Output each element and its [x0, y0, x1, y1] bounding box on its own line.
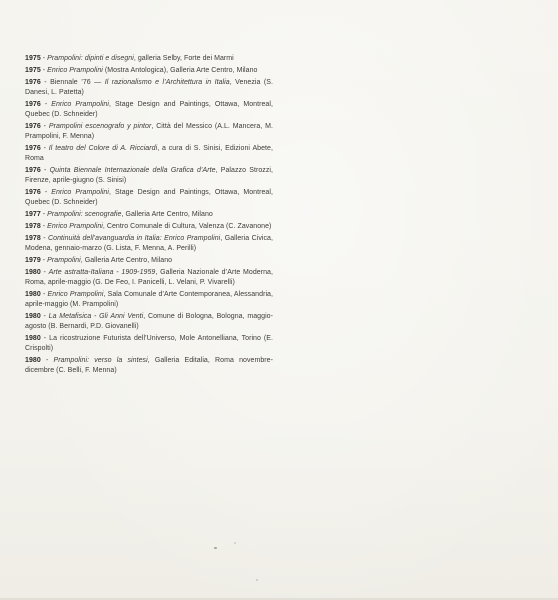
entry-year: 1976: [25, 167, 41, 174]
entry-year: 1979: [25, 257, 41, 264]
bibliography-entry: 1975 - Prampolini: dipinti e disegni, ga…: [25, 54, 273, 64]
entry-text: Continuità dell’avanguardia in Italia: E…: [25, 235, 273, 252]
entry-separator: -: [41, 235, 48, 242]
entry-separator: -: [41, 101, 51, 108]
bibliography-entry: 1978 - Continuità dell’avanguardia in It…: [25, 234, 273, 254]
entry-segment-roman: Biennale ’76 —: [50, 79, 105, 86]
bibliography-entry: 1980 - Prampolini: verso la sintesi, Gal…: [25, 356, 273, 376]
entry-segment-italic: Prampolini: scenografie: [47, 211, 121, 218]
scanned-page: 1975 - Prampolini: dipinti e disegni, ga…: [0, 0, 558, 600]
entry-text: La Metafisica - Gli Anni Venti, Comune d…: [25, 313, 273, 330]
scan-speck: [234, 542, 236, 544]
entry-segment-italic: Prampolini escenografo y pintor: [49, 123, 152, 130]
entry-text: Biennale ’76 — Il razionalismo e l’Archi…: [25, 79, 273, 96]
entry-separator: -: [41, 167, 50, 174]
entry-segment-italic: Enrico Prampolini: [47, 67, 103, 74]
entry-year: 1977: [25, 211, 41, 218]
entry-text: Enrico Prampolini, Stage Design and Pain…: [25, 101, 273, 118]
bibliography-entry: 1979 - Prampolini, Galleria Arte Centro,…: [25, 256, 273, 266]
bibliography-entry: 1976 - Enrico Prampolini, Stage Design a…: [25, 188, 273, 208]
entry-year: 1976: [25, 123, 41, 130]
entry-segment-italic: Enrico Prampolini: [47, 223, 103, 230]
entry-separator: -: [41, 123, 49, 130]
entry-segment-italic: Prampolini: verso la sintesi: [54, 357, 148, 364]
bibliography-entry: 1980 - Enrico Prampolini, Sala Comunale …: [25, 290, 273, 310]
bibliography-entry: 1976 - Quinta Biennale Internazionale de…: [25, 166, 273, 186]
entry-separator: -: [41, 189, 51, 196]
bibliography-entry: 1976 - Il teatro del Colore di A. Riccia…: [25, 144, 273, 164]
entry-separator: -: [41, 79, 50, 86]
entry-text: Prampolini: dipinti e disegni, galleria …: [47, 55, 234, 62]
entry-text: Arte astratta-Italiana - 1909-1959, Gall…: [25, 269, 273, 286]
entry-year: 1978: [25, 235, 41, 242]
entry-text: Prampolini: verso la sintesi, Galleria E…: [25, 357, 273, 374]
entry-text: Enrico Prampolini, Sala Comunale d’Arte …: [25, 291, 273, 308]
entry-segment-italic: Il teatro del Colore di A. Ricciardi: [49, 145, 157, 152]
entry-text: La ricostruzione Futurista dell’Universo…: [25, 335, 273, 352]
entry-text: Prampolini escenografo y pintor, Città d…: [25, 123, 273, 140]
bibliography-entry: 1977 - Prampolini: scenografie, Galleria…: [25, 210, 273, 220]
entry-segment-italic: Enrico Prampolini: [48, 291, 104, 298]
entry-text: Il teatro del Colore di A. Ricciardi, a …: [25, 145, 273, 162]
entry-segment-italic: Prampolini: [47, 257, 81, 264]
bibliography-list: 1975 - Prampolini: dipinti e disegni, ga…: [25, 54, 273, 378]
entry-year: 1980: [25, 357, 41, 364]
entry-segment-roman: , Galleria Arte Centro, Milano: [81, 257, 172, 264]
entry-year: 1980: [25, 291, 41, 298]
entry-segment-roman: , Centro Comunale di Cultura, Valenza (C…: [103, 223, 272, 230]
entry-text: Prampolini: scenografie, Galleria Arte C…: [47, 211, 213, 218]
entry-year: 1975: [25, 55, 41, 62]
entry-segment-roman: , Galleria Arte Centro, Milano: [121, 211, 212, 218]
bibliography-entry: 1976 - Enrico Prampolini, Stage Design a…: [25, 100, 273, 120]
entry-segment-roman: , galleria Selby, Forte dei Marmi: [134, 55, 234, 62]
entry-separator: -: [41, 313, 49, 320]
entry-year: 1980: [25, 335, 41, 342]
scan-speck: [214, 547, 217, 549]
bibliography-entry: 1976 - Biennale ’76 — Il razionalismo e …: [25, 78, 273, 98]
entry-segment-italic: Quinta Biennale Internazionale della Gra…: [50, 167, 216, 174]
entry-segment-italic: Continuità dell’avanguardia in Italia: E…: [48, 235, 220, 242]
entry-segment-italic: Prampolini: dipinti e disegni: [47, 55, 134, 62]
entry-segment-italic: Enrico Prampolini: [51, 189, 109, 196]
entry-text: Prampolini, Galleria Arte Centro, Milano: [47, 257, 172, 264]
entry-text: Enrico Prampolini (Mostra Antologica), G…: [47, 67, 257, 74]
entry-year: 1980: [25, 313, 41, 320]
entry-year: 1975: [25, 67, 41, 74]
entry-separator: -: [41, 269, 49, 276]
entry-year: 1976: [25, 79, 41, 86]
bibliography-entry: 1980 - La Metafisica - Gli Anni Venti, C…: [25, 312, 273, 332]
entry-separator: -: [41, 335, 49, 342]
scan-speck: [256, 579, 258, 581]
entry-year: 1976: [25, 189, 41, 196]
bibliography-entry: 1976 - Prampolini escenografo y pintor, …: [25, 122, 273, 142]
entry-text: Enrico Prampolini, Centro Comunale di Cu…: [47, 223, 271, 230]
entry-year: 1978: [25, 223, 41, 230]
entry-year: 1976: [25, 101, 41, 108]
entry-segment-italic: Arte astratta-Italiana - 1909-1959: [49, 269, 156, 276]
entry-separator: -: [41, 145, 49, 152]
entry-segment-roman: La ricostruzione Futurista dell’Universo…: [25, 335, 273, 352]
entry-year: 1980: [25, 269, 41, 276]
entry-separator: -: [41, 291, 48, 298]
entry-separator: -: [41, 357, 54, 364]
entry-segment-italic: Enrico Prampolini: [51, 101, 109, 108]
entry-segment-italic: Il razionalismo e l’Architettura in Ital…: [105, 79, 230, 86]
entry-segment-italic: La Metafisica - Gli Anni Venti: [49, 313, 144, 320]
entry-text: Enrico Prampolini, Stage Design and Pain…: [25, 189, 273, 206]
entry-segment-roman: (Mostra Antologica), Galleria Arte Centr…: [103, 67, 258, 74]
entry-text: Quinta Biennale Internazionale della Gra…: [25, 167, 273, 184]
bibliography-entry: 1978 - Enrico Prampolini, Centro Comunal…: [25, 222, 273, 232]
bibliography-entry: 1975 - Enrico Prampolini (Mostra Antolog…: [25, 66, 273, 76]
bibliography-entry: 1980 - La ricostruzione Futurista dell’U…: [25, 334, 273, 354]
bibliography-entry: 1980 - Arte astratta-Italiana - 1909-195…: [25, 268, 273, 288]
entry-year: 1976: [25, 145, 41, 152]
